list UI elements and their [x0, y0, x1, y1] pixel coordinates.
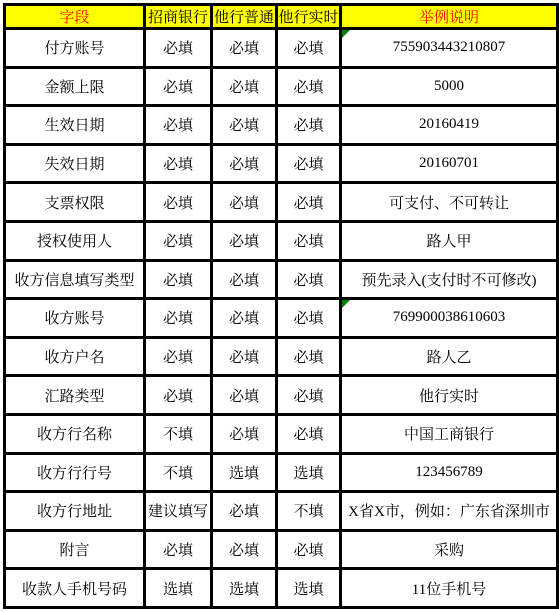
- example-cell[interactable]: 769900038610603: [341, 299, 558, 338]
- other-realtime-cell[interactable]: 必填: [277, 530, 341, 569]
- field-cell[interactable]: 付方账号: [5, 29, 145, 68]
- table-row: 授权使用人 必填 必填 必填 路人甲: [5, 221, 558, 260]
- cell-text: 必填: [229, 230, 259, 251]
- field-cell[interactable]: 收方行地址: [5, 492, 145, 531]
- cell-text: 路人甲: [426, 230, 471, 251]
- cell-text: 收方户名: [44, 346, 104, 367]
- example-cell[interactable]: 123456789: [341, 453, 558, 492]
- other-realtime-cell[interactable]: 必填: [277, 106, 341, 145]
- cell-text: 附言: [59, 539, 89, 560]
- other-realtime-cell[interactable]: 必填: [277, 183, 341, 222]
- cell-text: 汇路类型: [44, 385, 104, 406]
- cmb-cell[interactable]: 必填: [145, 299, 212, 338]
- example-cell[interactable]: 采购: [341, 530, 558, 569]
- other-ordinary-cell[interactable]: 必填: [212, 492, 277, 531]
- header-cell-cmb[interactable]: 招商银行: [145, 5, 212, 29]
- cell-text: 付方账号: [44, 37, 104, 58]
- cell-text: 生效日期: [44, 114, 104, 135]
- table-row: 付方账号 必填 必填 必填 755903443210807: [5, 29, 558, 68]
- other-ordinary-cell[interactable]: 必填: [212, 67, 277, 106]
- table-row: 收方账号 必填 必填 必填 769900038610603: [5, 299, 558, 338]
- example-cell[interactable]: 预先录入(支付时不可修改): [341, 260, 558, 299]
- cmb-cell[interactable]: 必填: [145, 221, 212, 260]
- cell-text: 预先录入(支付时不可修改): [362, 269, 537, 290]
- cell-text: 20160701: [419, 155, 479, 172]
- table-row: 汇路类型 必填 必填 必填 他行实时: [5, 376, 558, 415]
- cmb-cell[interactable]: 必填: [145, 29, 212, 68]
- other-realtime-cell[interactable]: 必填: [277, 299, 341, 338]
- cmb-cell[interactable]: 必填: [145, 260, 212, 299]
- number-stored-as-text-flag-icon: [342, 300, 350, 308]
- cell-text: 必填: [163, 346, 193, 367]
- field-cell[interactable]: 收方行名称: [5, 414, 145, 453]
- other-realtime-cell[interactable]: 必填: [277, 414, 341, 453]
- other-realtime-cell[interactable]: 必填: [277, 376, 341, 415]
- other-ordinary-cell[interactable]: 必填: [212, 221, 277, 260]
- payment-requirements-table: 字段 招商银行 他行普通 他行实时 举例说明 付方账号 必填 必填 必填 755…: [3, 3, 559, 609]
- table-row: 附言 必填 必填 必填 采购: [5, 530, 558, 569]
- cell-text: 必填: [163, 269, 193, 290]
- cmb-cell[interactable]: 必填: [145, 530, 212, 569]
- other-ordinary-cell[interactable]: 必填: [212, 260, 277, 299]
- cell-text: 金额上限: [44, 76, 104, 97]
- cell-text: 20160419: [419, 116, 479, 133]
- other-realtime-cell[interactable]: 不填: [277, 492, 341, 531]
- cell-text: 不填: [163, 423, 193, 444]
- cell-text: 选填: [229, 578, 259, 599]
- table-row: 收方行行号 不填 选填 选填 123456789: [5, 453, 558, 492]
- cmb-cell[interactable]: 必填: [145, 183, 212, 222]
- other-ordinary-cell[interactable]: 必填: [212, 144, 277, 183]
- cell-text: 必填: [229, 423, 259, 444]
- field-cell[interactable]: 附言: [5, 530, 145, 569]
- cell-text: 收方行行号: [37, 462, 112, 483]
- cell-text: 必填: [229, 37, 259, 58]
- table-row: 生效日期 必填 必填 必填 20160419: [5, 106, 558, 145]
- other-ordinary-cell[interactable]: 必填: [212, 376, 277, 415]
- example-cell[interactable]: 他行实时: [341, 376, 558, 415]
- cell-text: 必填: [163, 37, 193, 58]
- header-label: 字段: [59, 6, 89, 27]
- cell-text: 必填: [163, 153, 193, 174]
- table-row: 收方户名 必填 必填 必填 路人乙: [5, 337, 558, 376]
- header-cell-example[interactable]: 举例说明: [341, 5, 558, 29]
- other-ordinary-cell[interactable]: 必填: [212, 299, 277, 338]
- cell-text: 必填: [293, 423, 323, 444]
- cmb-cell[interactable]: 必填: [145, 337, 212, 376]
- cell-text: 必填: [229, 269, 259, 290]
- cell-text: 中国工商银行: [404, 423, 494, 444]
- cell-text: 必填: [293, 192, 323, 213]
- cell-text: 必填: [163, 192, 193, 213]
- number-stored-as-text-flag-icon: [342, 30, 350, 38]
- cell-text: 必填: [229, 192, 259, 213]
- cell-text: 失效日期: [44, 153, 104, 174]
- table-row: 收款人手机号码 选填 选填 选填 11位手机号: [5, 569, 558, 608]
- cell-text: 必填: [229, 114, 259, 135]
- other-realtime-cell[interactable]: 必填: [277, 337, 341, 376]
- field-cell[interactable]: 汇路类型: [5, 376, 145, 415]
- header-label: 他行普通: [214, 6, 274, 27]
- field-cell[interactable]: 收方行行号: [5, 453, 145, 492]
- table-row: 失效日期 必填 必填 必填 20160701: [5, 144, 558, 183]
- cell-text: 采购: [434, 539, 464, 560]
- cell-text: 选填: [229, 462, 259, 483]
- cell-text: 必填: [293, 76, 323, 97]
- cmb-cell[interactable]: 不填: [145, 453, 212, 492]
- header-cell-field[interactable]: 字段: [5, 5, 145, 29]
- cmb-cell[interactable]: 不填: [145, 414, 212, 453]
- cell-text: 他行实时: [419, 385, 479, 406]
- field-cell[interactable]: 收方信息填写类型: [5, 260, 145, 299]
- cell-text: 收方信息填写类型: [14, 269, 134, 290]
- cell-text: 不填: [163, 462, 193, 483]
- table-row: 收方行地址 建议填写 必填 不填 X省X市，例如：广东省深圳市: [5, 492, 558, 531]
- cell-text: 支票权限: [44, 192, 104, 213]
- cmb-cell[interactable]: 必填: [145, 144, 212, 183]
- table-row: 收方行名称 不填 必填 必填 中国工商银行: [5, 414, 558, 453]
- field-cell[interactable]: 收款人手机号码: [5, 569, 145, 608]
- table-row: 支票权限 必填 必填 必填 可支付、不可转让: [5, 183, 558, 222]
- cell-text: 选填: [293, 462, 323, 483]
- header-label: 招商银行: [148, 6, 208, 27]
- field-cell[interactable]: 支票权限: [5, 183, 145, 222]
- cell-text: 收方行名称: [37, 423, 112, 444]
- field-cell[interactable]: 金额上限: [5, 67, 145, 106]
- cmb-cell[interactable]: 必填: [145, 67, 212, 106]
- cell-text: X省X市，例如：广东省深圳市: [348, 500, 550, 521]
- cell-text: 必填: [229, 153, 259, 174]
- field-cell[interactable]: 失效日期: [5, 144, 145, 183]
- cell-text: 769900038610603: [393, 309, 506, 326]
- spreadsheet-area: 字段 招商银行 他行普通 他行实时 举例说明 付方账号 必填 必填 必填 755…: [3, 3, 559, 609]
- cell-text: 必填: [293, 37, 323, 58]
- table-row: 金额上限 必填 必填 必填 5000: [5, 67, 558, 106]
- header-label: 他行实时: [278, 6, 338, 27]
- cell-text: 必填: [229, 500, 259, 521]
- other-realtime-cell[interactable]: 必填: [277, 144, 341, 183]
- cmb-cell[interactable]: 选填: [145, 569, 212, 608]
- other-ordinary-cell[interactable]: 选填: [212, 569, 277, 608]
- cell-text: 必填: [163, 230, 193, 251]
- cell-text: 路人乙: [426, 346, 471, 367]
- other-realtime-cell[interactable]: 必填: [277, 67, 341, 106]
- cell-text: 可支付、不可转让: [389, 192, 509, 213]
- field-cell[interactable]: 收方户名: [5, 337, 145, 376]
- other-ordinary-cell[interactable]: 必填: [212, 337, 277, 376]
- header-label: 举例说明: [419, 6, 479, 27]
- cell-text: 必填: [293, 307, 323, 328]
- cell-text: 必填: [163, 307, 193, 328]
- cmb-cell[interactable]: 必填: [145, 376, 212, 415]
- table-row: 收方信息填写类型 必填 必填 必填 预先录入(支付时不可修改): [5, 260, 558, 299]
- cell-text: 建议填写: [148, 500, 208, 521]
- example-cell[interactable]: 5000: [341, 67, 558, 106]
- example-cell[interactable]: 11位手机号: [341, 569, 558, 608]
- cell-text: 必填: [293, 539, 323, 560]
- cell-text: 必填: [293, 153, 323, 174]
- cell-text: 收方账号: [44, 307, 104, 328]
- cmb-cell[interactable]: 建议填写: [145, 492, 212, 531]
- other-realtime-cell[interactable]: 选填: [277, 569, 341, 608]
- cell-text: 必填: [293, 114, 323, 135]
- other-ordinary-cell[interactable]: 必填: [212, 530, 277, 569]
- example-cell[interactable]: 20160701: [341, 144, 558, 183]
- cell-text: 11位手机号: [412, 578, 486, 599]
- example-cell[interactable]: 可支付、不可转让: [341, 183, 558, 222]
- example-cell[interactable]: 中国工商银行: [341, 414, 558, 453]
- header-cell-other-ordinary[interactable]: 他行普通: [212, 5, 277, 29]
- cell-text: 必填: [293, 385, 323, 406]
- header-row: 字段 招商银行 他行普通 他行实时 举例说明: [5, 5, 558, 29]
- field-cell[interactable]: 收方账号: [5, 299, 145, 338]
- cell-text: 收方行地址: [37, 500, 112, 521]
- other-ordinary-cell[interactable]: 必填: [212, 106, 277, 145]
- field-cell[interactable]: 生效日期: [5, 106, 145, 145]
- cell-text: 必填: [163, 385, 193, 406]
- cell-text: 必填: [163, 114, 193, 135]
- header-cell-other-realtime[interactable]: 他行实时: [277, 5, 341, 29]
- cell-text: 选填: [163, 578, 193, 599]
- other-realtime-cell[interactable]: 必填: [277, 260, 341, 299]
- cell-text: 必填: [293, 230, 323, 251]
- other-realtime-cell[interactable]: 必填: [277, 29, 341, 68]
- example-cell[interactable]: 路人甲: [341, 221, 558, 260]
- other-ordinary-cell[interactable]: 必填: [212, 183, 277, 222]
- cell-text: 必填: [229, 307, 259, 328]
- cell-text: 选填: [293, 578, 323, 599]
- cmb-cell[interactable]: 必填: [145, 106, 212, 145]
- example-cell[interactable]: 路人乙: [341, 337, 558, 376]
- example-cell[interactable]: 755903443210807: [341, 29, 558, 68]
- example-cell[interactable]: X省X市，例如：广东省深圳市: [341, 492, 558, 531]
- field-cell[interactable]: 授权使用人: [5, 221, 145, 260]
- other-ordinary-cell[interactable]: 必填: [212, 414, 277, 453]
- cell-text: 123456789: [415, 464, 483, 481]
- cell-text: 必填: [229, 539, 259, 560]
- cell-text: 755903443210807: [393, 39, 506, 56]
- cell-text: 必填: [163, 539, 193, 560]
- other-realtime-cell[interactable]: 选填: [277, 453, 341, 492]
- cell-text: 必填: [229, 346, 259, 367]
- cell-text: 必填: [293, 346, 323, 367]
- cell-text: 不填: [293, 500, 323, 521]
- cell-text: 必填: [229, 385, 259, 406]
- cell-text: 5000: [434, 78, 464, 95]
- example-cell[interactable]: 20160419: [341, 106, 558, 145]
- other-ordinary-cell[interactable]: 必填: [212, 29, 277, 68]
- cell-text: 必填: [163, 76, 193, 97]
- cell-text: 收款人手机号码: [22, 578, 127, 599]
- cell-text: 授权使用人: [37, 230, 112, 251]
- cell-text: 必填: [293, 269, 323, 290]
- other-ordinary-cell[interactable]: 选填: [212, 453, 277, 492]
- cell-text: 必填: [229, 76, 259, 97]
- other-realtime-cell[interactable]: 必填: [277, 221, 341, 260]
